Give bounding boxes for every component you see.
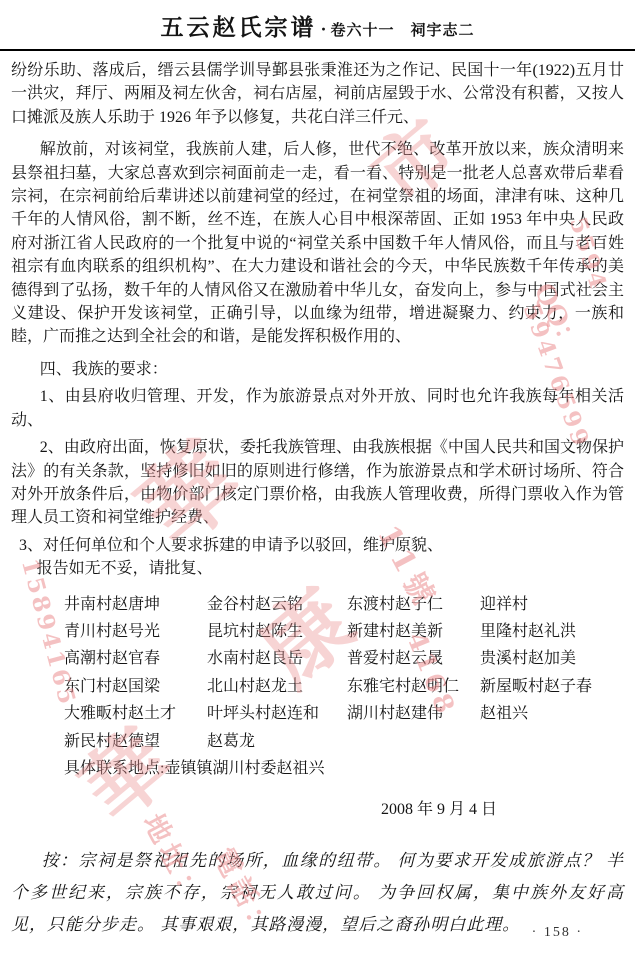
paragraph: 解放前，对该祠堂，我族前人建，后人修，世代不绝、改革开放以来，族众清明来县祭祖扫… — [11, 138, 624, 349]
signer-row: 高潮村赵官春水南村赵良岳普爱村赵云晟贵溪村赵加美 — [64, 645, 635, 672]
signer-name: 新屋畈村赵子春 — [480, 673, 635, 700]
signer-name: 贵溪村赵加美 — [480, 645, 635, 672]
signer-name — [480, 728, 635, 755]
signer-name: 普爱村赵云晟 — [347, 645, 480, 672]
signer-name: 湖川村赵建伟 — [347, 700, 480, 727]
request-item-1: 1、由县府收归管理、开发，作为旅游景点对外开放、同时也允许我族每年相关活动、 — [11, 385, 624, 432]
signer-name: 北山村赵龙土 — [207, 673, 347, 700]
request-item-3: 3、对任何单位和个人要求拆建的申请予以驳回，维护原貌、 — [11, 534, 624, 557]
signer-name: 新建村赵美新 — [347, 618, 480, 645]
page-number: · 158 · — [532, 925, 583, 941]
signer-name: 井南村赵唐坤 — [64, 591, 207, 618]
signer-name: 赵祖兴 — [480, 700, 635, 727]
closing-line: 报告如无不妥，请批复、 — [11, 557, 624, 580]
title-separator: · — [316, 19, 330, 39]
genealogy-page: 五云赵氏宗谱·卷六十一 祠宇志二 纷纷乐助、落成后，缙云县儒学训导鄞县张秉淮还为… — [0, 0, 635, 957]
signer-row: 新民村赵德望赵葛龙 — [64, 728, 635, 755]
signer-name: 东雅宅村赵明仁 — [347, 673, 480, 700]
contact-line: 具体联系地点:壶镇镇湖川村委赵祖兴 — [64, 755, 635, 782]
signer-name: 高潮村赵官春 — [64, 645, 207, 672]
signer-row: 东门村赵国梁北山村赵龙土东雅宅村赵明仁新屋畈村赵子春 — [64, 673, 635, 700]
volume-subtitle: 卷六十一 祠宇志二 — [331, 23, 475, 39]
signer-name — [347, 728, 480, 755]
page-header: 五云赵氏宗谱·卷六十一 祠宇志二 — [0, 0, 635, 42]
signer-name: 赵葛龙 — [207, 728, 347, 755]
signer-name: 大雅畈村赵土才 — [64, 700, 207, 727]
signer-name: 里隆村赵礼洪 — [480, 618, 635, 645]
body-text: 纷纷乐助、落成后，缙云县儒学训导鄞县张秉淮还为之作记、民国十一年(1922)五月… — [0, 51, 635, 581]
signer-row: 井南村赵唐坤金谷村赵云铭东渡村赵子仁迎祥村 — [64, 591, 635, 618]
signer-row: 青川村赵号光昆坑村赵陈生新建村赵美新里隆村赵礼洪 — [64, 618, 635, 645]
signer-name: 金谷村赵云铭 — [207, 591, 347, 618]
signer-name: 新民村赵德望 — [64, 728, 207, 755]
request-item-2: 2、由政府出面，恢复原状，委托我族管理、由我族根据《中国人民共和国文物保护法》的… — [11, 436, 624, 530]
signer-name: 青川村赵号光 — [64, 618, 207, 645]
section-heading: 四、我族的要求： — [11, 358, 624, 381]
signer-name: 水南村赵良岳 — [207, 645, 347, 672]
document-date: 2008 年 9 月 4 日 — [381, 801, 497, 818]
signer-list: 井南村赵唐坤金谷村赵云铭东渡村赵子仁迎祥村 青川村赵号光昆坑村赵陈生新建村赵美新… — [64, 591, 635, 755]
date-line: 2008 年 9 月 4 日 — [0, 796, 635, 819]
book-title: 五云赵氏宗谱 — [160, 15, 316, 40]
signer-name: 昆坑村赵陈生 — [207, 618, 347, 645]
signer-row: 大雅畈村赵土才叶坪头村赵连和湖川村赵建伟赵祖兴 — [64, 700, 635, 727]
signer-name: 东渡村赵子仁 — [347, 591, 480, 618]
signer-name: 迎祥村 — [480, 591, 635, 618]
signer-name: 叶坪头村赵连和 — [207, 700, 347, 727]
paragraph-continuation: 纷纷乐助、落成后，缙云县儒学训导鄞县张秉淮还为之作记、民国十一年(1922)五月… — [11, 59, 624, 129]
signer-name: 东门村赵国梁 — [64, 673, 207, 700]
